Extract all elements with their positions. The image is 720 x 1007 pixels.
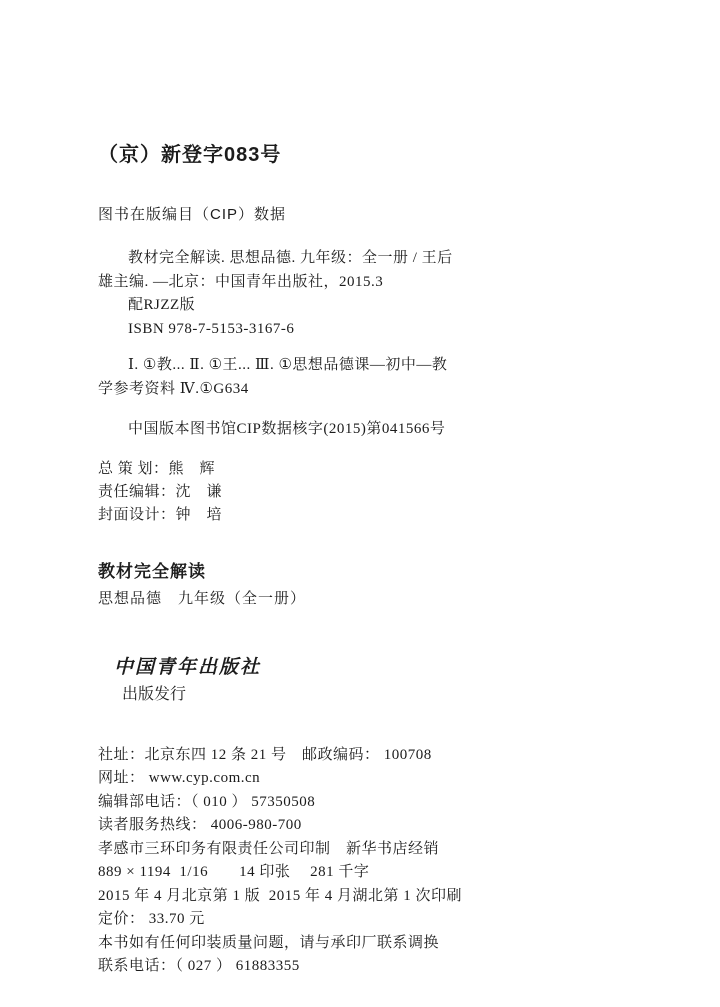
cip-line: ISBN 978-7-5153-3167-6	[98, 318, 558, 342]
imprint-line-format: 889 × 1194 1/16 14 印张 281 千字	[98, 861, 558, 885]
publisher-logo: 中国青年出版社	[114, 656, 261, 678]
imprint-line-editorial-phone: 编辑部电话：（ 010 ） 57350508	[98, 791, 558, 815]
registration-number: （京）新登字083号	[98, 143, 558, 167]
classification-line: Ⅰ. ①教... Ⅱ. ①王... Ⅲ. ①思想品德课—初中—教	[98, 354, 558, 378]
cip-heading: 图书在版编目（CIP）数据	[98, 205, 558, 225]
cip-line: 雄主编. —北京：中国青年出版社，2015.3	[98, 271, 558, 295]
imprint-line-hotline: 读者服务热线： 4006-980-700	[98, 814, 558, 838]
colophon-page: （京）新登字083号 图书在版编目（CIP）数据 教材完全解读. 思想品德. 九…	[98, 143, 558, 979]
imprint-line-price: 定价： 33.70 元	[98, 908, 558, 932]
staff-credits: 总 策 划：熊 辉 责任编辑：沈 谦 封面设计：钟 培	[98, 458, 558, 527]
imprint-line-printer: 孝感市三环印务有限责任公司印制 新华书店经销	[98, 838, 558, 862]
imprint-line-address: 社址：北京东四 12 条 21 号 邮政编码： 100708	[98, 744, 558, 768]
classification-line: 学参考资料 Ⅳ.①G634	[98, 378, 558, 402]
imprint-block: 社址：北京东四 12 条 21 号 邮政编码： 100708 网址： www.c…	[98, 744, 558, 979]
publisher-line: 中国青年出版社 出版发行	[98, 628, 558, 734]
cip-record-line: 中国版本图书馆CIP数据核字(2015)第041566号	[98, 418, 558, 442]
cip-record: 中国版本图书馆CIP数据核字(2015)第041566号	[98, 418, 558, 442]
cip-line: 配RJZZ版	[98, 294, 558, 318]
book-title: 教材完全解读	[98, 560, 558, 584]
imprint-line-quality-notice: 本书如有任何印装质量问题，请与承印厂联系调换	[98, 932, 558, 956]
book-subtitle: 思想品德 九年级（全一册）	[98, 588, 558, 610]
staff-line: 总 策 划：熊 辉	[98, 458, 558, 481]
imprint-line-edition: 2015 年 4 月北京第 1 版 2015 年 4 月湖北第 1 次印刷	[98, 885, 558, 909]
imprint-line-website: 网址： www.cyp.com.cn	[98, 767, 558, 791]
cip-classification: Ⅰ. ①教... Ⅱ. ①王... Ⅲ. ①思想品德课—初中—教 学参考资料 Ⅳ…	[98, 354, 558, 401]
publisher-suffix: 出版发行	[122, 686, 186, 703]
staff-line: 封面设计：钟 培	[98, 504, 558, 527]
cip-description: 教材完全解读. 思想品德. 九年级：全一册 / 王后 雄主编. —北京：中国青年…	[98, 247, 558, 341]
imprint-line-contact-phone: 联系电话：（ 027 ） 61883355	[98, 955, 558, 979]
staff-line: 责任编辑：沈 谦	[98, 481, 558, 504]
cip-line: 教材完全解读. 思想品德. 九年级：全一册 / 王后	[98, 247, 558, 271]
